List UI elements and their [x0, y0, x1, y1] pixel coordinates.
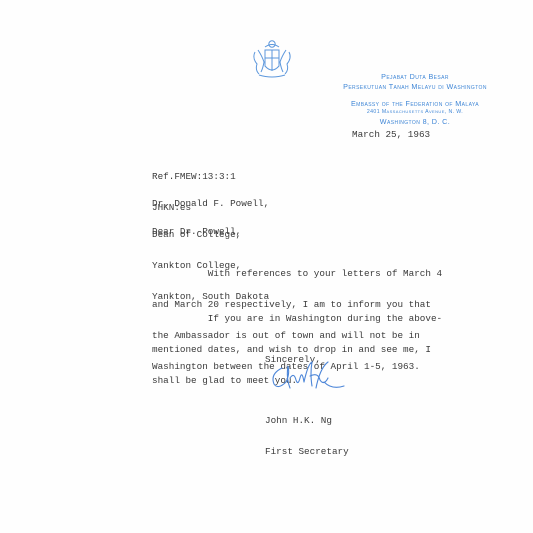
letterhead-line-malay-federation: Persekutuan Tanah Melayu di Washington — [300, 82, 530, 91]
letterhead-line-address: 2401 Massachusetts Avenue, N. W. — [300, 109, 530, 115]
body-line: With references to your letters of March… — [152, 269, 442, 279]
signatory-name: John H.K. Ng — [265, 416, 349, 426]
handwritten-signature-icon — [268, 360, 348, 396]
letterhead-line-city: Washington 8, D. C. — [300, 117, 530, 126]
salutation: Dear Dr. Powell, — [152, 227, 241, 237]
recipient-line: Dr. Donald F. Powell, — [152, 199, 269, 209]
signatory-block: John H.K. Ng First Secretary — [265, 395, 349, 478]
letter-date: March 25, 1963 — [352, 130, 430, 140]
letter-page: Pejabat Duta Besar Persekutuan Tanah Mel… — [0, 0, 533, 533]
letterhead-line-embassy: Embassy of the Federation of Malaya — [300, 99, 530, 108]
letterhead-line-malay-embassy: Pejabat Duta Besar — [300, 72, 530, 81]
malaya-coat-of-arms-icon — [249, 38, 295, 78]
signatory-title: First Secretary — [265, 447, 349, 457]
body-line: If you are in Washington during the abov… — [152, 314, 442, 324]
